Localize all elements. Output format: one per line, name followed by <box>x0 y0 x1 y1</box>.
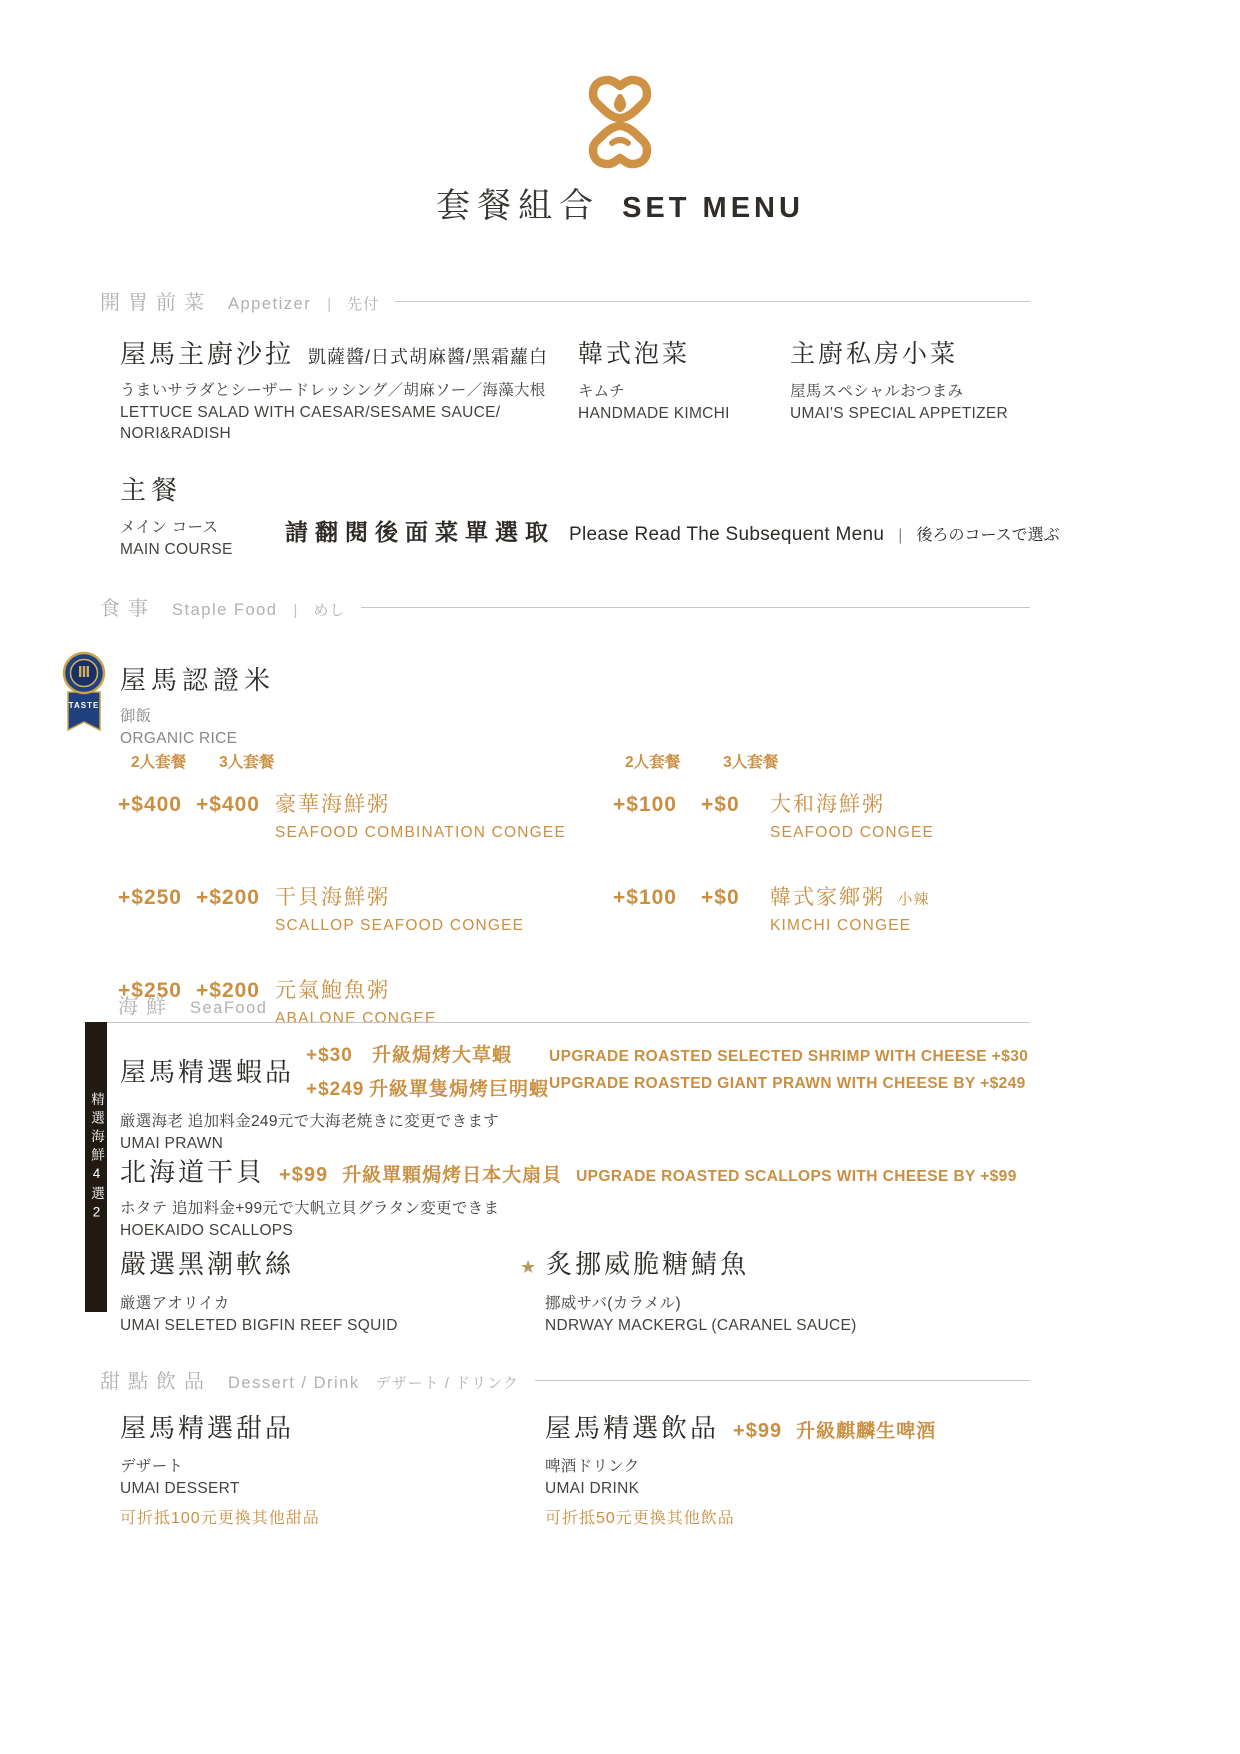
item-subtitle-jp: 挪威サバ(カラメル) <box>545 1293 857 1315</box>
badge-label: TASTE <box>69 701 100 710</box>
menu-item-special-appetizer: 主廚私房小菜 屋馬スペシャルおつまみ UMAI'S SPECIAL APPETI… <box>790 334 1010 445</box>
congee-name-zh: 豪華海鮮粥 <box>275 788 566 818</box>
congee-name-en: SEAFOOD CONGEE <box>770 824 934 842</box>
redeem-note: 可折抵100元更換其他甜品 <box>120 1505 545 1528</box>
item-subtitle-jp: ホタテ 追加料金+99元で大帆立貝グラタン変更できま <box>120 1198 1017 1220</box>
seafood-rule <box>85 1022 1030 1023</box>
taste-award-badge: TASTE <box>60 650 108 747</box>
upgrade-price: +$249 <box>306 1079 369 1101</box>
item-subtitle-en: UMAI SELETED BIGFIN REEF SQUID <box>120 1315 520 1337</box>
item-subtitle-jp: デザート <box>120 1456 545 1478</box>
item-title-zh: 主廚私房小菜 <box>790 334 1010 370</box>
congee-row: +$250 +$200 干貝海鮮粥 SCALLOP SEAFOOD CONGEE <box>118 881 566 935</box>
congee-table-right: +$100 +$0 大和海鮮粥 SEAFOOD CONGEE +$100 +$0… <box>613 788 934 935</box>
price-3p: +$0 <box>701 793 770 817</box>
appetizer-section-header: 開胃前菜 Appetizer | 先付 <box>100 286 1030 315</box>
main-course-jp: メイン コース <box>120 517 233 539</box>
main-course-note: 請翻閱後面菜單選取 Please Read The Subsequent Men… <box>285 514 1060 547</box>
congee-name-en: KIMCHI CONGEE <box>770 917 929 935</box>
umai-knot-logo-icon <box>582 70 658 175</box>
item-title-zh: 炙挪威脆糖鯖魚 <box>546 1244 749 1281</box>
spicy-tag: 小辣 <box>897 891 929 908</box>
appetizer-items-row: 屋馬主廚沙拉 凱薩醬/日式胡麻醬/黑霜蘿白 うまいサラダとシーザードレッシング／… <box>120 334 1010 445</box>
section-rule <box>535 1380 1030 1381</box>
price-3p: +$400 <box>196 793 275 817</box>
section-rule <box>361 607 1030 608</box>
congee-name-en: SCALLOP SEAFOOD CONGEE <box>275 917 524 935</box>
congee-name-zh: 大和海鮮粥 <box>770 788 934 818</box>
upgrade-price: +$99 <box>733 1420 782 1443</box>
main-note-en: Please Read The Subsequent Menu <box>569 524 884 546</box>
congee-left-col-headers: 2人套餐 3人套餐 <box>131 750 274 772</box>
congee-name-zh: 干貝海鮮粥 <box>275 881 524 911</box>
item-subtitle-en: HANDMADE KIMCHI <box>578 403 790 425</box>
item-subtitle-en: UMAI DRINK <box>545 1478 936 1500</box>
col-header-3p: 3人套餐 <box>723 750 778 772</box>
page-title: 套餐組合 SET MENU <box>436 178 804 227</box>
item-subtitle-jp: 厳選海老 追加料金249元で大海老焼きに変更できます <box>120 1111 1028 1133</box>
dessert-header-en: Dessert / Drink <box>228 1374 360 1393</box>
item-title-zh: 嚴選黑潮軟絲 <box>120 1244 520 1281</box>
item-title-zh: 韓式泡菜 <box>578 334 790 370</box>
item-subtitle-en: UMAI'S SPECIAL APPETIZER <box>790 403 1010 425</box>
separator: | <box>898 527 902 545</box>
menu-item-reef-squid: 嚴選黑潮軟絲 厳選アオリイカ UMAI SELETED BIGFIN REEF … <box>120 1244 520 1336</box>
congee-name-en: SEAFOOD COMBINATION CONGEE <box>275 824 566 842</box>
item-title-zh: 屋馬主廚沙拉 <box>120 334 294 371</box>
menu-item-norway-mackerel: ★ 炙挪威脆糖鯖魚 挪威サバ(カラメル) NDRWAY MACKERGL (CA… <box>520 1244 857 1336</box>
price-2p: +$100 <box>613 886 701 910</box>
item-subtitle-en: ORGANIC RICE <box>120 728 275 750</box>
upgrade-price: +$99 <box>279 1164 328 1187</box>
upgrade-label-zh: 升級單隻焗烤巨明蝦 <box>369 1074 549 1101</box>
main-course-block: 主餐 メイン コース MAIN COURSE <box>120 470 233 560</box>
item-title-zh: 北海道干貝 <box>120 1152 265 1189</box>
upgrade-label-zh: 升級麒麟生啤酒 <box>796 1416 936 1443</box>
dessert-items-row: 屋馬精選甜品 デザート UMAI DESSERT 可折抵100元更換其他甜品 屋… <box>120 1408 1010 1528</box>
menu-item-umai-drink: 屋馬精選飲品 +$99 升級麒麟生啤酒 啤酒ドリンク UMAI DRINK 可折… <box>545 1408 936 1528</box>
congee-name-zh: 元氣鮑魚粥 <box>275 974 437 1004</box>
seafood-choice-label: 精選海鮮4選2 <box>85 1092 107 1312</box>
page-title-zh: 套餐組合 <box>436 178 600 227</box>
separator: | <box>293 602 297 619</box>
dessert-section-header: 甜點飲品 Dessert / Drink デザート / ドリンク <box>100 1365 1030 1394</box>
upgrade-label-en: UPGRADE ROASTED SCALLOPS WITH CHEESE BY … <box>576 1168 1017 1186</box>
menu-item-kimchi: 韓式泡菜 キムチ HANDMADE KIMCHI <box>578 334 790 445</box>
item-subtitle-en: HOEKAIDO SCALLOPS <box>120 1220 1017 1242</box>
main-course-title-zh: 主餐 <box>120 470 233 507</box>
page-title-en: SET MENU <box>622 192 804 225</box>
menu-item-umai-dessert: 屋馬精選甜品 デザート UMAI DESSERT 可折抵100元更換其他甜品 <box>120 1408 545 1528</box>
congee-name-zh: 韓式家鄉粥 <box>770 886 885 909</box>
col-header-2p: 2人套餐 <box>625 750 680 772</box>
seafood-header-zh: 海鮮 <box>118 990 174 1019</box>
staple-section-header: 食事 Staple Food | めし <box>100 592 1030 621</box>
price-3p: +$200 <box>196 886 275 910</box>
appetizer-header-jp: 先付 <box>347 293 379 314</box>
dessert-header-zh: 甜點飲品 <box>100 1365 212 1394</box>
col-header-3p: 3人套餐 <box>219 750 274 772</box>
dessert-header-jp: デザート / ドリンク <box>376 1372 519 1393</box>
staple-header-en: Staple Food <box>172 601 277 620</box>
item-subtitle-en: LETTUCE SALAD WITH CAESAR/SESAME SAUCE/ … <box>120 402 550 445</box>
staple-header-zh: 食事 <box>100 592 156 621</box>
price-2p: +$250 <box>118 886 196 910</box>
seafood-section-header: 海鮮 SeaFood <box>118 990 267 1019</box>
item-subtitle-jp: 御飯 <box>120 706 275 728</box>
upgrade-label-zh: 升級單顆焗烤日本大扇貝 <box>342 1160 562 1187</box>
item-subtitle-en: NDRWAY MACKERGL (CARANEL SAUCE) <box>545 1315 857 1337</box>
menu-item-chef-salad: 屋馬主廚沙拉 凱薩醬/日式胡麻醬/黑霜蘿白 うまいサラダとシーザードレッシング／… <box>120 334 578 445</box>
item-subtitle-jp: うまいサラダとシーザードレッシング／胡麻ソー／海藻大根 <box>120 380 578 402</box>
menu-item-hokkaido-scallop: 北海道干貝 +$99 升級單顆焗烤日本大扇貝 UPGRADE ROASTED S… <box>120 1152 1017 1241</box>
congee-row: +$100 +$0 大和海鮮粥 SEAFOOD CONGEE <box>613 788 934 842</box>
item-title-zh: 屋馬精選飲品 <box>545 1408 719 1445</box>
upgrade-label-zh: 升級焗烤大草蝦 <box>372 1040 512 1067</box>
col-header-2p: 2人套餐 <box>131 750 186 772</box>
appetizer-header-en: Appetizer <box>228 295 311 314</box>
main-note-jp: 後ろのコースで選ぶ <box>916 522 1059 545</box>
appetizer-header-zh: 開胃前菜 <box>100 286 212 315</box>
seafood-header-en: SeaFood <box>190 999 267 1018</box>
item-sauce-note: 凱薩醬/日式胡麻醬/黑霜蘿白 <box>308 343 548 369</box>
set-menu-page: 套餐組合 SET MENU 開胃前菜 Appetizer | 先付 屋馬主廚沙拉… <box>0 0 1240 1754</box>
upgrade-label-en: UPGRADE ROASTED GIANT PRAWN WITH CHEESE … <box>549 1075 1028 1093</box>
price-3p: +$0 <box>701 886 770 910</box>
item-subtitle-jp: 厳選アオリイカ <box>120 1293 520 1315</box>
upgrade-label-en: UPGRADE ROASTED SELECTED SHRIMP WITH CHE… <box>549 1048 1028 1066</box>
upgrade-price: +$30 <box>306 1045 372 1067</box>
redeem-note: 可折抵50元更換其他飲品 <box>545 1505 936 1528</box>
staple-header-jp: めし <box>313 599 345 620</box>
seafood-bottom-row: 嚴選黑潮軟絲 厳選アオリイカ UMAI SELETED BIGFIN REEF … <box>120 1244 1010 1336</box>
seafood-choice-sidebar: 精選海鮮4選2 <box>85 1022 107 1312</box>
item-title-zh: 屋馬精選甜品 <box>120 1408 545 1445</box>
price-2p: +$100 <box>613 793 701 817</box>
separator: | <box>327 296 331 313</box>
price-2p: +$400 <box>118 793 196 817</box>
main-course-en: MAIN COURSE <box>120 539 233 561</box>
item-subtitle-jp: 啤酒ドリンク <box>545 1456 936 1478</box>
item-subtitle-en: UMAI DESSERT <box>120 1478 545 1500</box>
congee-right-col-headers: 2人套餐 3人套餐 <box>625 750 778 772</box>
item-title-zh: 屋馬認證米 <box>120 660 275 697</box>
item-subtitle-jp: 屋馬スペシャルおつまみ <box>790 381 1010 403</box>
menu-item-organic-rice: 屋馬認證米 御飯 ORGANIC RICE <box>120 660 275 749</box>
section-rule <box>395 301 1030 302</box>
congee-row: +$100 +$0 韓式家鄉粥 小辣 KIMCHI CONGEE <box>613 881 934 935</box>
main-note-zh: 請翻閱後面菜單選取 <box>285 514 555 547</box>
congee-name-en: ABALONE CONGEE <box>275 1010 437 1028</box>
star-icon: ★ <box>520 1257 536 1278</box>
item-subtitle-jp: キムチ <box>578 381 790 403</box>
congee-row: +$400 +$400 豪華海鮮粥 SEAFOOD COMBINATION CO… <box>118 788 566 842</box>
menu-item-umai-prawn: 屋馬精選蝦品 +$30升級焗烤大草蝦 +$249升級單隻焗烤巨明蝦 UPGRAD… <box>120 1040 1028 1154</box>
item-title-zh: 屋馬精選蝦品 <box>120 1052 306 1089</box>
